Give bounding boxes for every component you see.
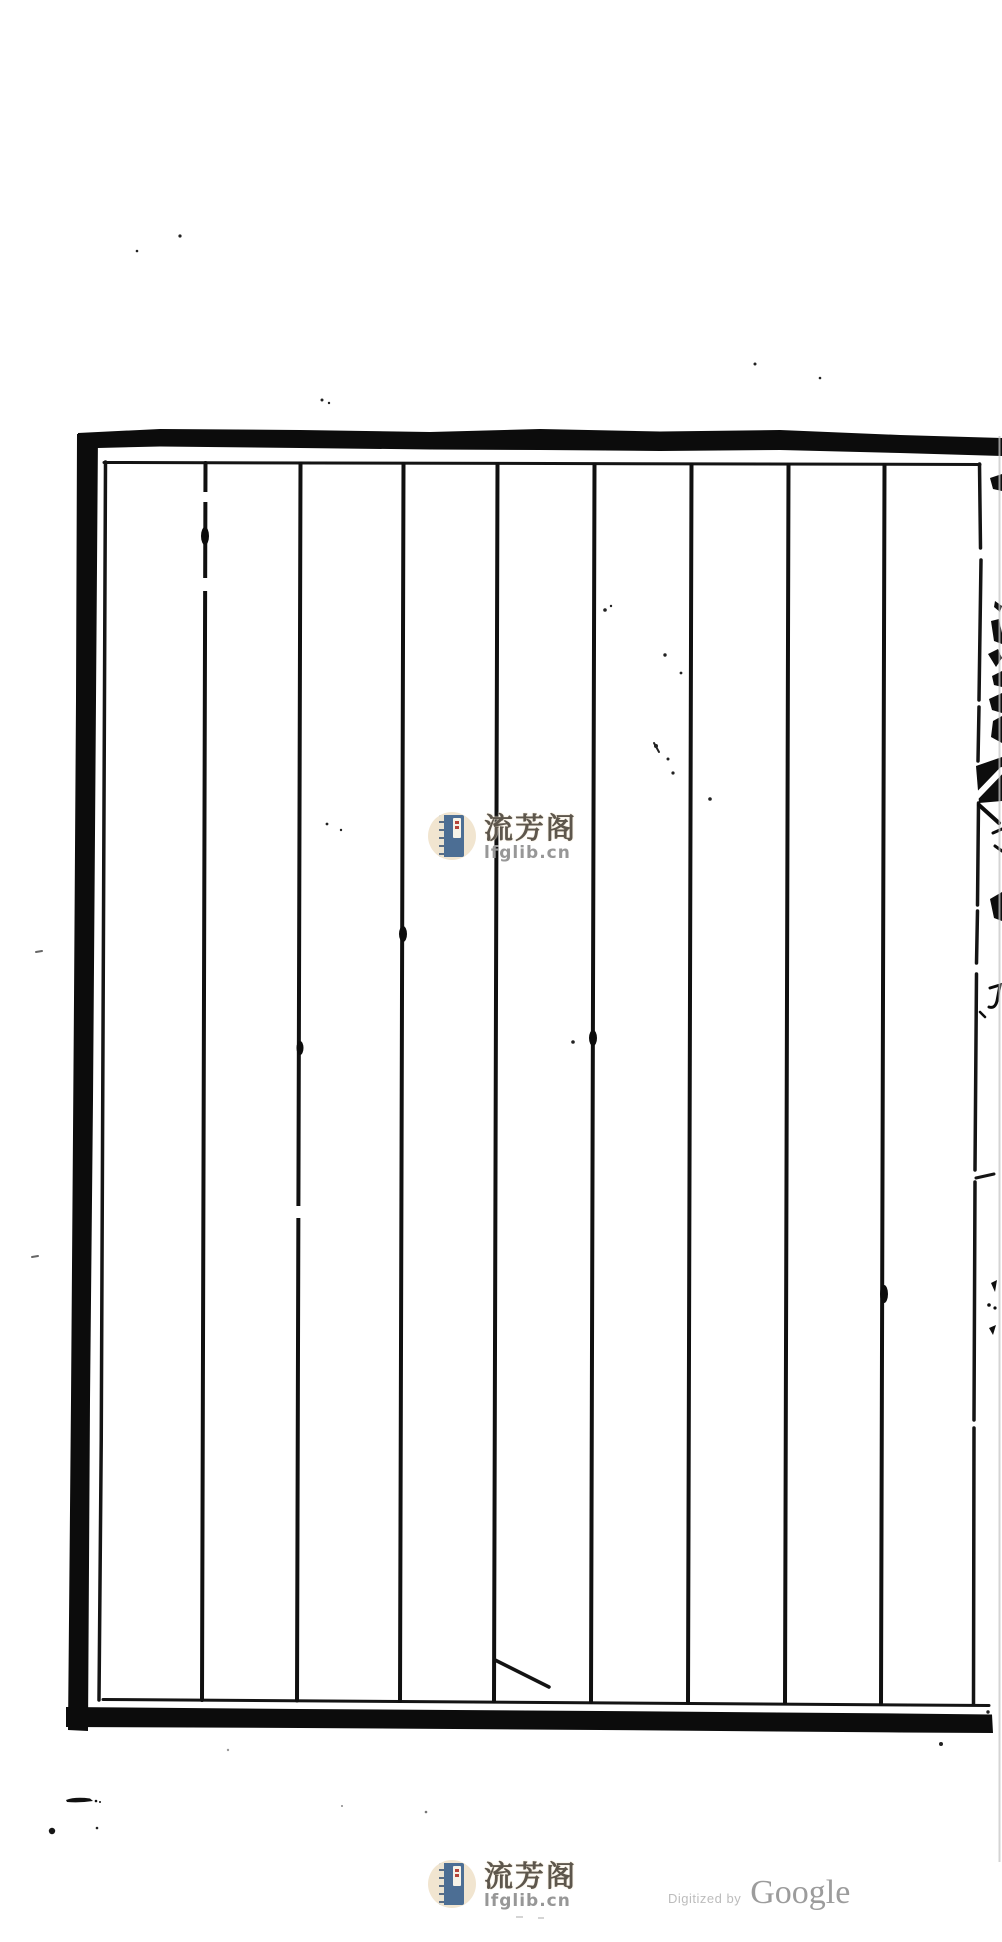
inner-left-line: [99, 462, 106, 1700]
thread-bound-book-icon: [439, 1863, 464, 1905]
lfglib-watermark-bottom: 流芳阁 lfglib.cn: [428, 1860, 577, 1910]
lfglib-domain: lfglib.cn: [484, 845, 577, 862]
border-top-bar: [78, 429, 1002, 456]
inner-top-line: [104, 463, 980, 465]
lfglib-watermark-center: 流芳阁 lfglib.cn: [428, 812, 577, 862]
google-logo-wordmark: Google: [750, 1874, 850, 1912]
rule-line-breaks: [200, 492, 303, 1218]
scratches-and-ticks: [32, 743, 659, 1687]
book-spine-stitches: [439, 1863, 444, 1905]
book-spine-stitches: [439, 815, 444, 857]
google-digitized-mark: Digitized by Google: [668, 1874, 850, 1912]
border-bottom-bar: [66, 1707, 993, 1733]
bottom-left-dash-mark: [66, 1798, 101, 1803]
woodblock-scan-frame: [0, 0, 1002, 1942]
lfglib-domain: lfglib.cn: [484, 1893, 577, 1910]
inner-rule-lines: [99, 462, 994, 1706]
thread-bound-book-icon: [439, 815, 464, 857]
lfglib-site-name: 流芳阁: [484, 812, 577, 844]
border-left-bar: [68, 433, 98, 1731]
fold-line-tick: [976, 1174, 994, 1178]
column-rule-lines: [202, 463, 885, 1704]
inner-bottom-line: [103, 1700, 989, 1706]
book-title-slip: [453, 1866, 461, 1886]
lfglib-badge: [428, 812, 476, 860]
ink-specks: [49, 234, 990, 1834]
scanned-book-page: 流芳阁 lfglib.cn 流芳阁 lfglib.cn Digitized by…: [0, 0, 1002, 1942]
lfglib-site-name: 流芳阁: [484, 1860, 577, 1892]
lfglib-badge: [428, 1860, 476, 1908]
diagonal-scratch: [495, 1660, 549, 1687]
faint-marks-below-watermark: [516, 1916, 544, 1919]
right-edge-fragment-strokes: [976, 770, 1002, 1017]
book-title-slip: [453, 818, 461, 838]
digitized-by-label: Digitized by: [668, 1891, 741, 1906]
